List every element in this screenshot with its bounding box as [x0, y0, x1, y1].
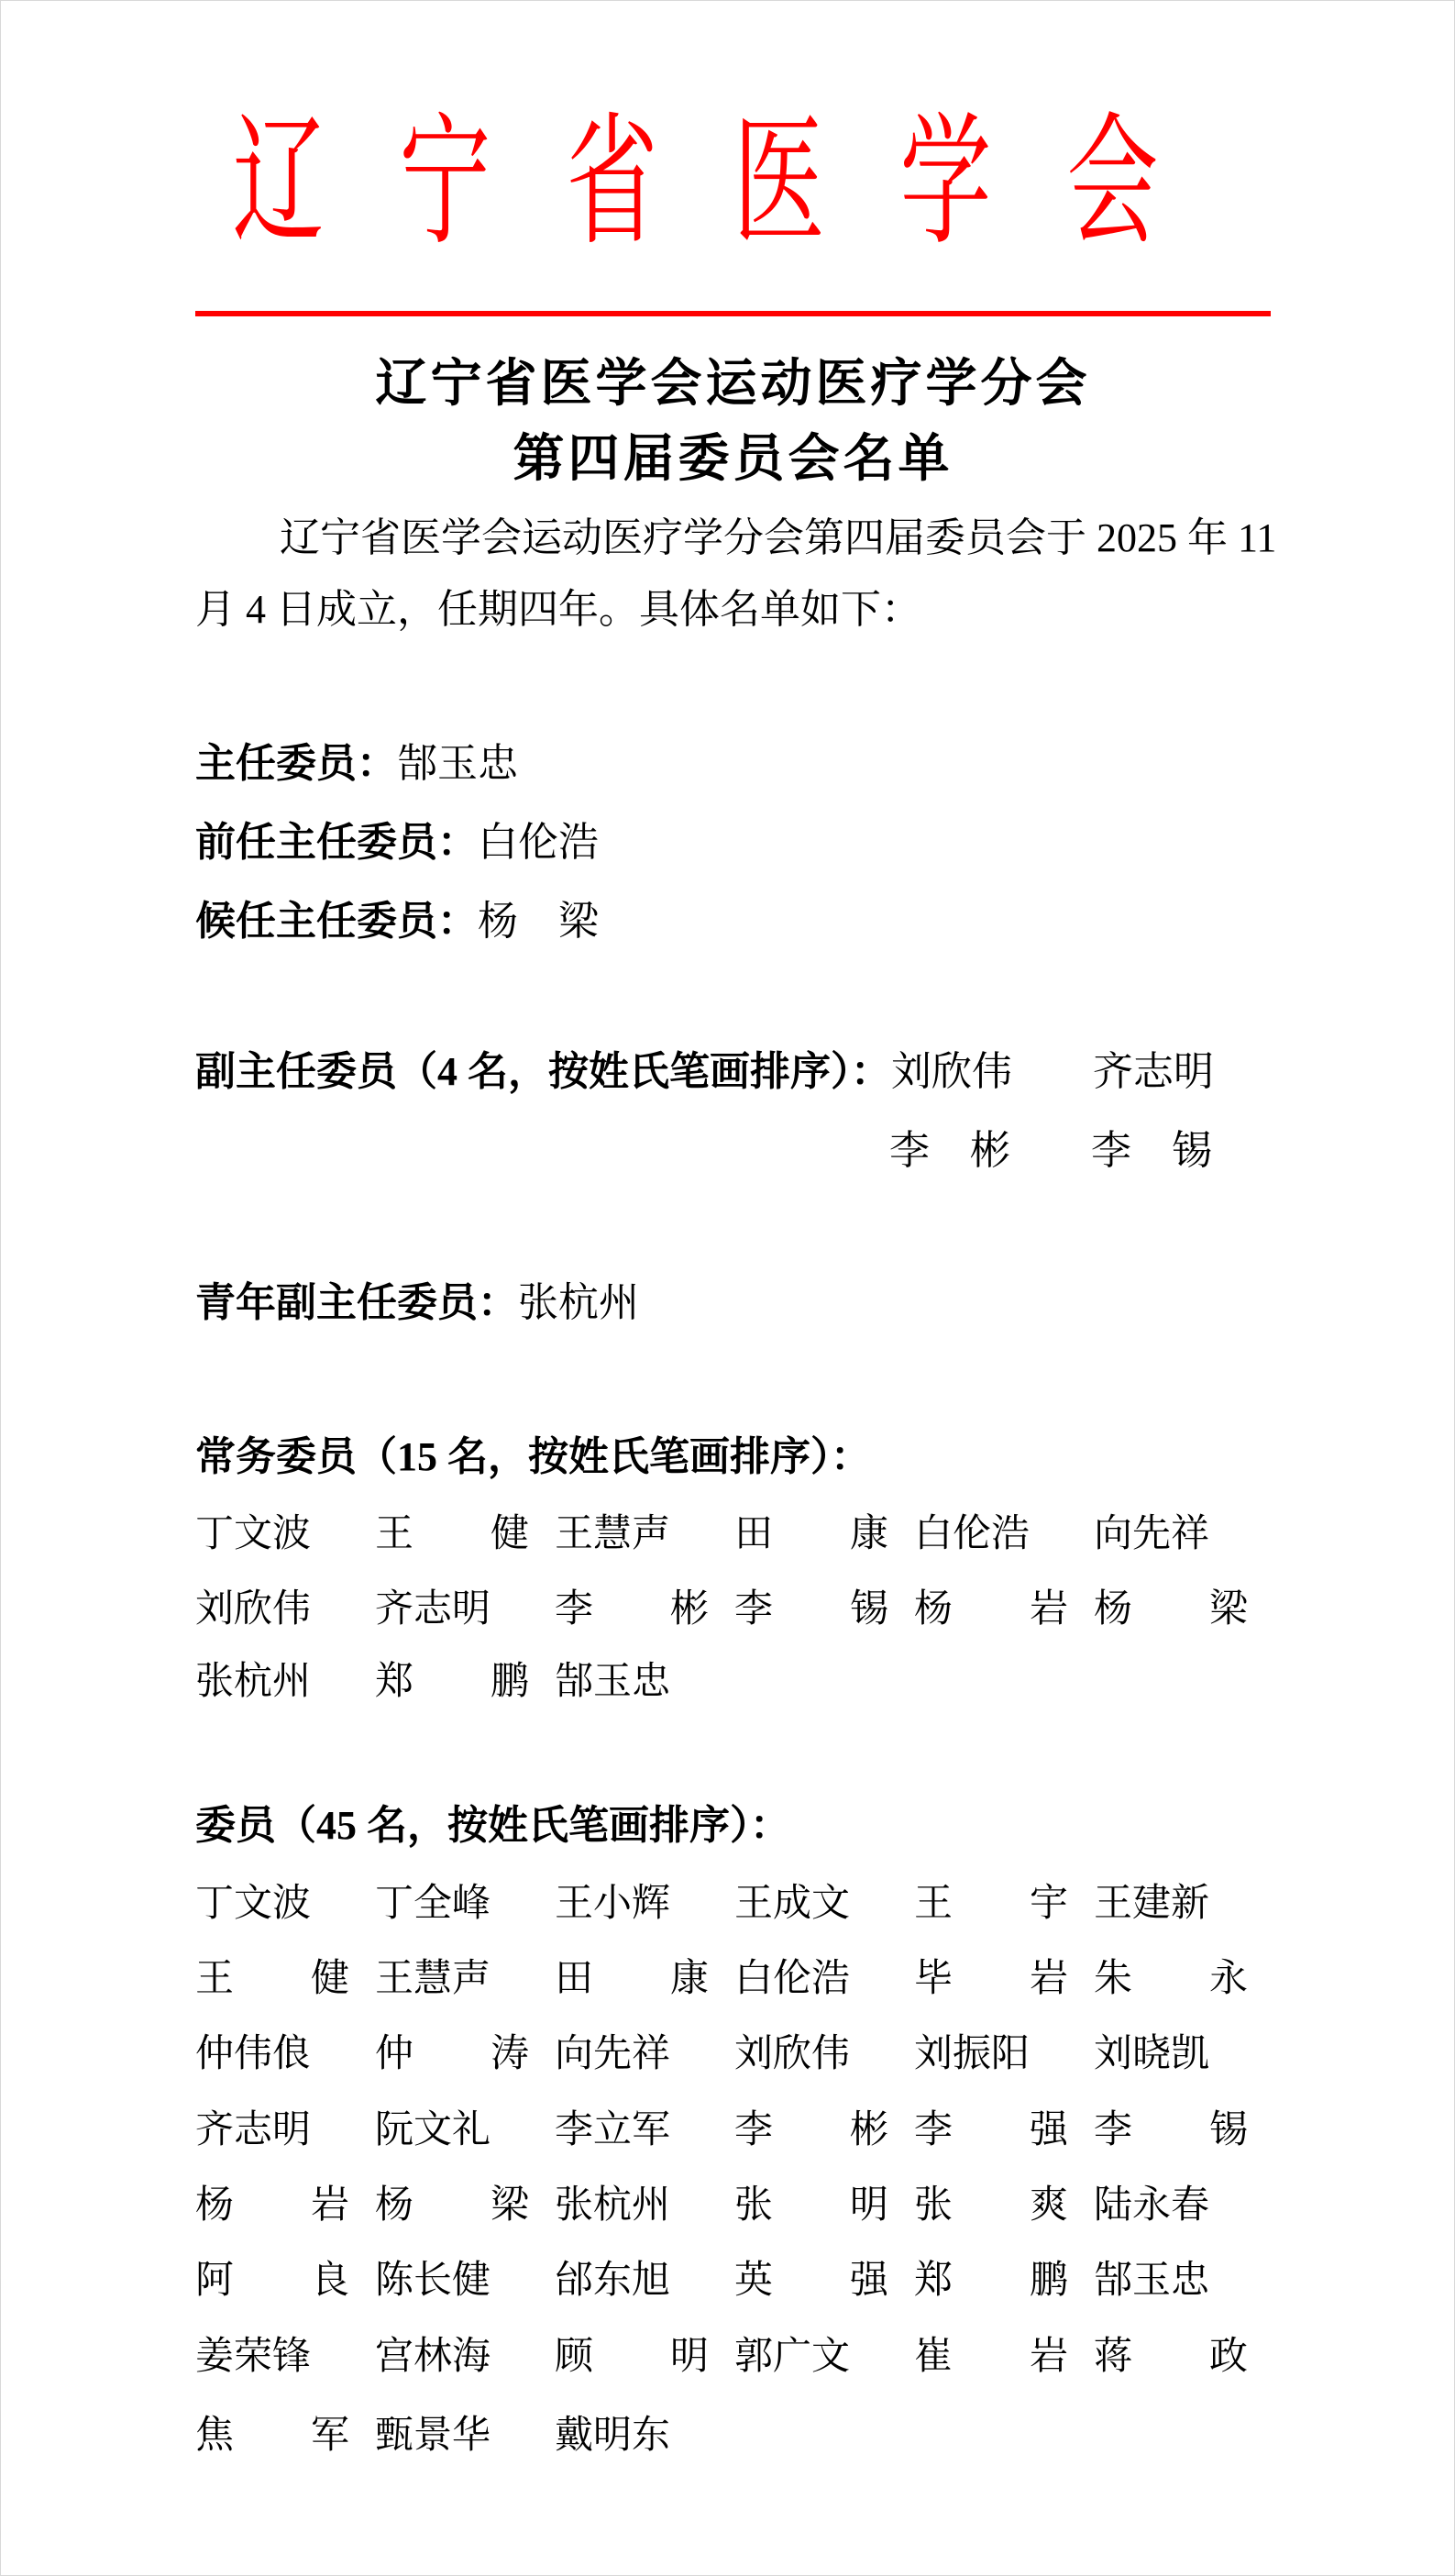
- youth-vice-chair-line: 青年副主任委员：张杭州: [195, 1277, 1271, 1329]
- chair-name: 郜玉忠: [397, 741, 518, 786]
- member-name: 白伦浩: [734, 1954, 888, 2004]
- members-row: 杨 岩杨 梁张杭州张 明张 爽陆永春: [195, 2181, 1271, 2230]
- member-name: 朱 永: [1094, 1954, 1248, 2004]
- member-name: 王 健: [195, 1954, 349, 2004]
- vice-chairs-line2: 李 彬 李 锡: [195, 1125, 1271, 1177]
- standing-committee-label: 常务委员（15 名，按姓氏笔画排序）：: [195, 1434, 871, 1479]
- member-name: 崔 岩: [914, 2332, 1068, 2382]
- member-name: 仲伟俍: [195, 2029, 349, 2079]
- member-name: 刘欣伟: [734, 2029, 888, 2079]
- member-name: 杨 梁: [375, 2181, 529, 2230]
- chair-elect-label: 候任主任委员：: [195, 899, 478, 944]
- member-name: 白伦浩: [914, 1509, 1068, 1559]
- member-name: 英 强: [734, 2256, 888, 2305]
- members-row: 仲伟俍仲 涛向先祥刘欣伟刘振阳刘晓凯: [195, 2029, 1271, 2079]
- members-row: 齐志明阮文礼李立军李 彬李 强李 锡: [195, 2106, 1271, 2155]
- member-name: 王 健: [375, 1509, 529, 1559]
- member-name: 向先祥: [555, 2029, 709, 2079]
- member-name: 顾 明: [555, 2332, 709, 2382]
- member-name: 王建新: [1094, 1879, 1248, 1929]
- standing-committee-heading: 常务委员（15 名，按姓氏笔画排序）：: [195, 1432, 1271, 1483]
- member-name: 杨 岩: [914, 1585, 1068, 1634]
- member-name: 杨 梁: [1094, 1585, 1248, 1634]
- member-name: 蒋 政: [1094, 2332, 1248, 2382]
- members-heading: 委员（45 名，按姓氏笔画排序）：: [195, 1800, 1271, 1852]
- standing-committee-row: 丁文波王 健王慧声田 康白伦浩向先祥: [195, 1509, 1271, 1559]
- member-name: 刘晓凯: [1094, 2029, 1248, 2079]
- member-name: 齐志明: [195, 2106, 349, 2155]
- chair-elect-name: 杨 梁: [478, 899, 599, 944]
- member-name: 郑 鹏: [914, 2256, 1068, 2305]
- member-name: 丁文波: [195, 1879, 349, 1929]
- member-name: 杨 岩: [195, 2181, 349, 2230]
- vice-chairs-label: 副主任委员（4 名，按姓氏笔画排序）：: [195, 1049, 891, 1094]
- member-name: 田 康: [555, 1954, 709, 2004]
- chair-label: 主任委员：: [195, 741, 397, 786]
- member-name: 李 锡: [734, 1585, 888, 1634]
- member-name: 李 锡: [1094, 2106, 1248, 2155]
- youth-vice-chair-name: 张杭州: [518, 1280, 639, 1325]
- member-name: 王小辉: [555, 1879, 709, 1929]
- member-name: 阮文礼: [375, 2106, 529, 2155]
- document-content: 辽宁省医学会 辽宁省医学会运动医疗学分会 第四届委员会名单 辽宁省医学会运动医疗…: [195, 1, 1271, 2575]
- member-name: 李 强: [914, 2106, 1068, 2155]
- chair-elect-line: 候任主任委员：杨 梁: [195, 896, 1271, 947]
- member-name: 丁全峰: [375, 1879, 529, 1929]
- member-name: 郭广文: [734, 2332, 888, 2382]
- member-name: 张 爽: [914, 2181, 1068, 2230]
- members-row: 王 健王慧声田 康白伦浩毕 岩朱 永: [195, 1954, 1271, 2004]
- member-name: 宫林海: [375, 2332, 529, 2382]
- member-name: 王慧声: [375, 1954, 529, 2004]
- member-name: 刘欣伟: [195, 1585, 349, 1634]
- member-name: 毕 岩: [914, 1954, 1068, 2004]
- member-name: 阿 良: [195, 2256, 349, 2305]
- vice-chairs-line1: 副主任委员（4 名，按姓氏笔画排序）：刘欣伟 齐志明: [195, 1046, 1271, 1098]
- document-page: 辽宁省医学会 辽宁省医学会运动医疗学分会 第四届委员会名单 辽宁省医学会运动医疗…: [0, 0, 1455, 2576]
- member-name: 王成文: [734, 1879, 888, 1929]
- letterhead-divider: [195, 311, 1271, 316]
- members-row: 焦 军甄景华戴明东: [195, 2411, 1271, 2460]
- standing-committee-row: 张杭州郑 鹏郜玉忠: [195, 1657, 1271, 1707]
- member-name: 仲 涛: [375, 2029, 529, 2079]
- intro-paragraph-line1: 辽宁省医学会运动医疗学分会第四届委员会于 2025 年 11: [195, 511, 1271, 566]
- member-name: 焦 军: [195, 2411, 349, 2460]
- member-name: 张杭州: [195, 1657, 349, 1707]
- member-name: 郜玉忠: [555, 1657, 709, 1707]
- vice-chairs-names-line1: 刘欣伟 齐志明: [891, 1049, 1214, 1094]
- member-name: 王 宇: [914, 1879, 1068, 1929]
- member-name: 李 彬: [734, 2106, 888, 2155]
- member-name: 陆永春: [1094, 2181, 1248, 2230]
- member-name: 王慧声: [555, 1509, 709, 1559]
- member-name: 向先祥: [1094, 1509, 1248, 1559]
- standing-committee-row: 刘欣伟齐志明李 彬李 锡杨 岩杨 梁: [195, 1585, 1271, 1634]
- intro-paragraph-line2: 月 4 日成立，任期四年。具体名单如下：: [195, 582, 1271, 637]
- member-name: 张杭州: [555, 2181, 709, 2230]
- member-name: 张 明: [734, 2181, 888, 2230]
- member-name: 李 彬: [555, 1585, 709, 1634]
- member-name: 齐志明: [375, 1585, 529, 1634]
- member-name: 丁文波: [195, 1509, 349, 1559]
- member-name: 李立军: [555, 2106, 709, 2155]
- past-chair-label: 前任主任委员：: [195, 820, 478, 865]
- member-name: 郑 鹏: [375, 1657, 529, 1707]
- document-title-line2: 第四届委员会名单: [195, 430, 1271, 489]
- past-chair-name: 白伦浩: [478, 820, 599, 865]
- members-row: 姜荣锋宫林海顾 明郭广文崔 岩蒋 政: [195, 2332, 1271, 2382]
- letterhead-title: 辽宁省医学会: [195, 113, 1271, 255]
- chair-line: 主任委员：郜玉忠: [195, 738, 1271, 790]
- member-name: 郜玉忠: [1094, 2256, 1248, 2305]
- document-title-line1: 辽宁省医学会运动医疗学分会: [195, 355, 1271, 414]
- member-name: 甄景华: [375, 2411, 529, 2460]
- member-name: 姜荣锋: [195, 2332, 349, 2382]
- member-name: 刘振阳: [914, 2029, 1068, 2079]
- member-name: 田 康: [734, 1509, 888, 1559]
- member-name: 戴明东: [555, 2411, 709, 2460]
- members-row: 阿 良陈长健邰东旭英 强郑 鹏郜玉忠: [195, 2256, 1271, 2305]
- member-name: 邰东旭: [555, 2256, 709, 2305]
- vice-chairs-names-line2: 李 彬 李 锡: [889, 1128, 1212, 1173]
- past-chair-line: 前任主任委员：白伦浩: [195, 817, 1271, 868]
- youth-vice-chair-label: 青年副主任委员：: [195, 1280, 518, 1325]
- members-label: 委员（45 名，按姓氏笔画排序）：: [195, 1803, 790, 1848]
- members-row: 丁文波丁全峰王小辉王成文王 宇王建新: [195, 1879, 1271, 1929]
- member-name: 陈长健: [375, 2256, 529, 2305]
